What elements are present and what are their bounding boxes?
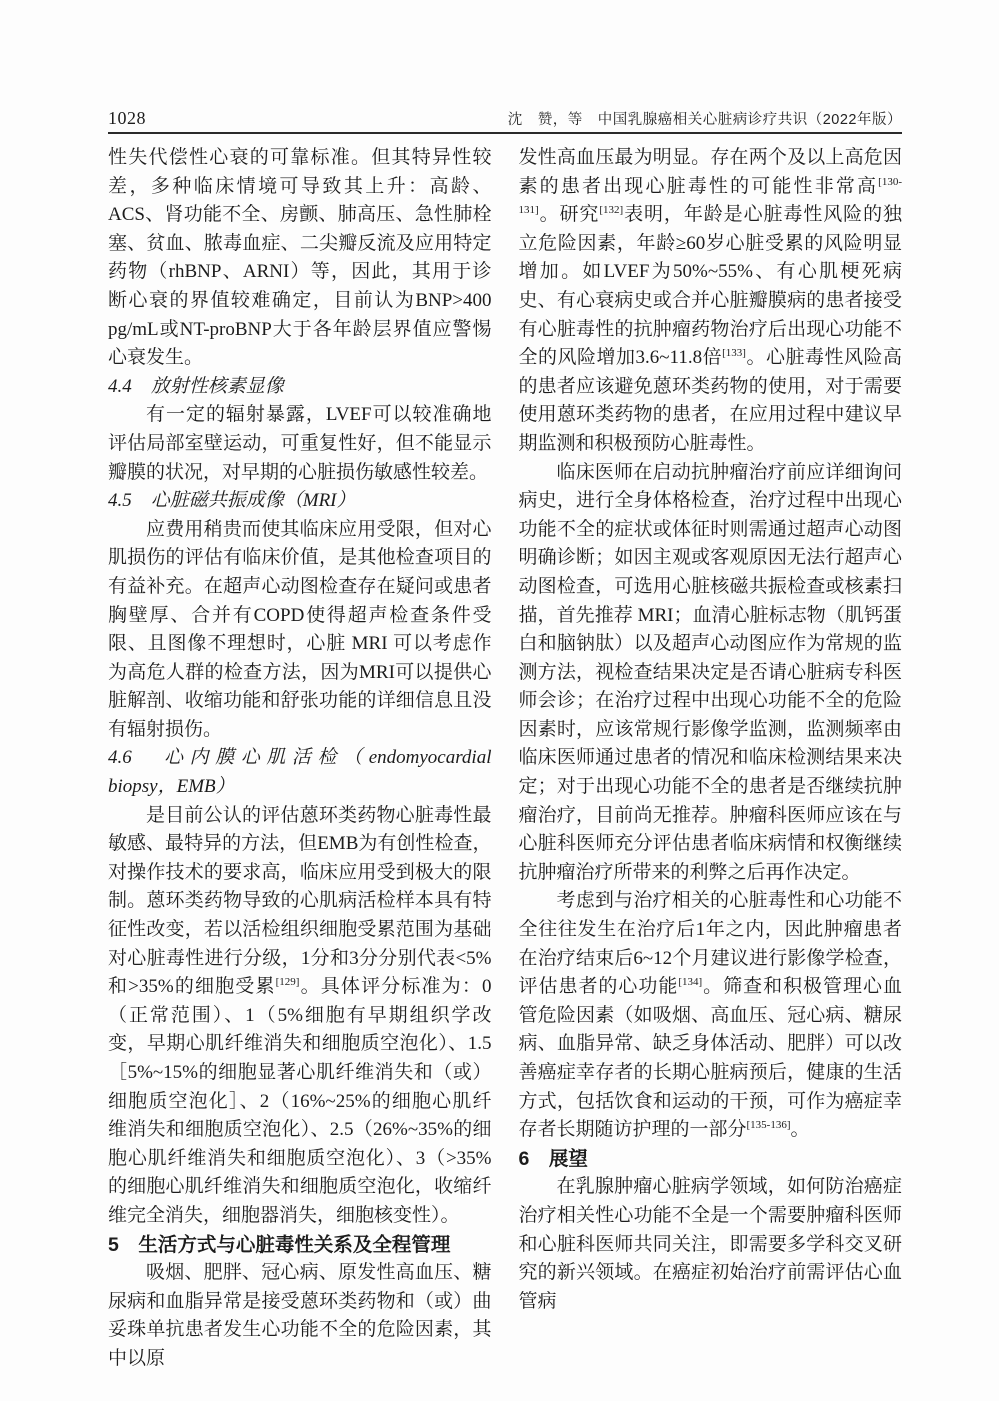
paragraph: 发性高血压最为明显。存在两个及以上高危因素的患者出现心脏毒性的可能性非常高[13… [519,144,903,459]
journal-page: 1028 沈 赞，等 中国乳腺癌相关心脏病诊疗共识（2022年版） 性失代偿性心… [0,0,999,1401]
reference-marker: [130-131] [519,176,903,217]
section-heading: 4.4 放射性核素显像 [108,373,492,402]
paragraph: 是目前公认的评估蒽环类药物心脏毒性最敏感、最特异的方法，但EMB为有创性检查，对… [108,802,492,1231]
reference-marker: [133] [722,347,746,359]
section-heading: 5 生活方式与心脏毒性关系及全程管理 [108,1231,492,1260]
running-title: 沈 赞，等 中国乳腺癌相关心脏病诊疗共识（2022年版） [508,108,902,129]
paragraph: 临床医师在启动抗肿瘤治疗前应详细询问病史，进行全身体格检查，治疗过程中出现心功能… [519,459,903,888]
page-number: 1028 [108,108,146,129]
reference-marker: [134] [678,976,702,988]
two-column-body: 性失代偿性心衰的可靠标准。但其特异性较差，多种临床情境可导致其上升：高龄、ACS… [108,144,902,1374]
left-column: 性失代偿性心衰的可靠标准。但其特异性较差，多种临床情境可导致其上升：高龄、ACS… [108,144,492,1374]
page-header: 1028 沈 赞，等 中国乳腺癌相关心脏病诊疗共识（2022年版） [108,106,902,134]
section-heading: 6 展望 [519,1145,903,1174]
paragraph: 有一定的辐射暴露，LVEF可以较准确地评估局部室壁运动，可重复性好，但不能显示瓣… [108,401,492,487]
reference-marker: [135-136] [747,1119,791,1131]
reference-marker: [129] [276,976,300,988]
paragraph: 性失代偿性心衰的可靠标准。但其特异性较差，多种临床情境可导致其上升：高龄、ACS… [108,144,492,373]
paragraph: 考虑到与治疗相关的心脏毒性和心功能不全往往发生在治疗后1年之内，因此肿瘤患者在治… [519,887,903,1144]
paragraph: 应费用稍贵而使其临床应用受限，但对心肌损伤的评估有临床价值，是其他检查项目的有益… [108,516,492,745]
paragraph: 在乳腺肿瘤心脏病学领域，如何防治癌症治疗相关性心功能不全是一个需要肿瘤科医师和心… [519,1173,903,1316]
right-column: 发性高血压最为明显。存在两个及以上高危因素的患者出现心脏毒性的可能性非常高[13… [519,144,903,1374]
section-heading: 4.6 心内膜心肌活检（endomyocardial biopsy，EMB） [108,744,492,801]
paragraph: 吸烟、肥胖、冠心病、原发性高血压、糖尿病和血脂异常是接受蒽环类药物和（或）曲妥珠… [108,1259,492,1373]
reference-marker: [132] [599,204,623,216]
section-heading: 4.5 心脏磁共振成像（MRI） [108,487,492,516]
